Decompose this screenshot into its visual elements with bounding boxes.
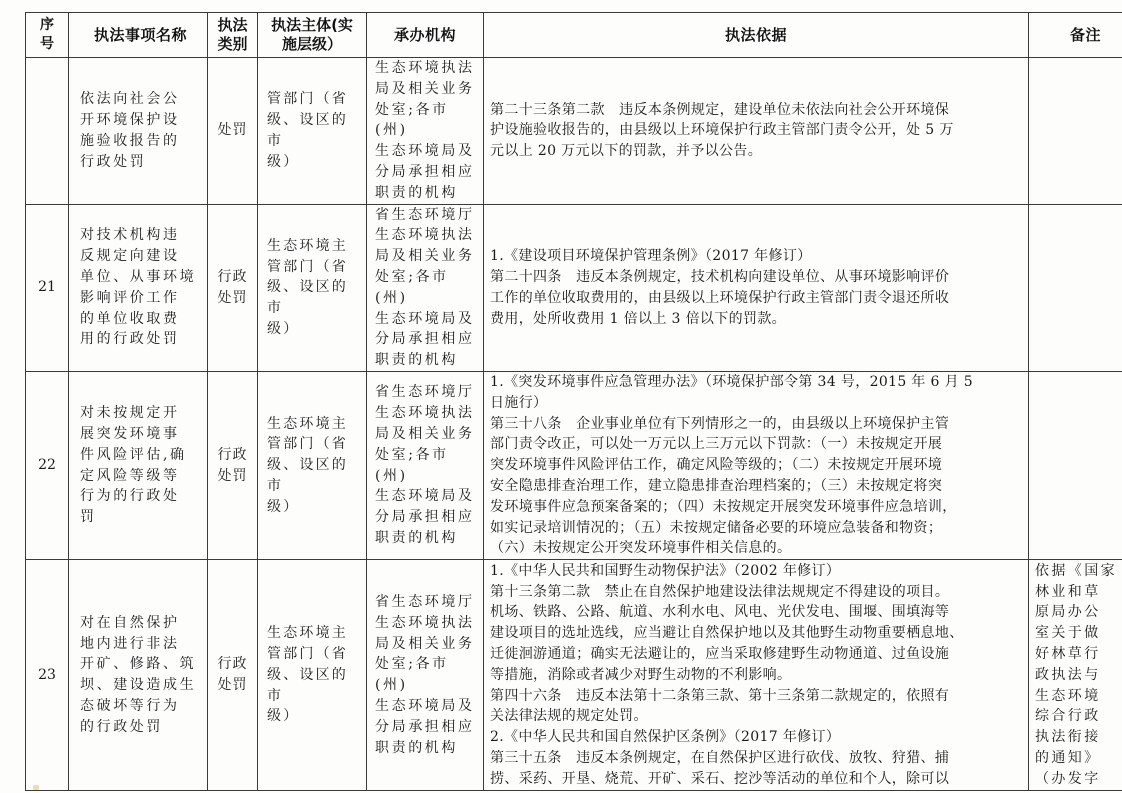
text-line: 分局承担相应 xyxy=(375,162,480,183)
text-line: 件风险评估,确 xyxy=(80,445,201,466)
text-line: 级） xyxy=(267,497,362,518)
text-line: 第十三条第二款 禁止在自然保护地建设法律法规规定不得建设的项目。 xyxy=(490,582,1022,603)
text-line: 职责的机构 xyxy=(375,183,480,204)
text-line: 发环境事件应急预案备案的；（四）未按规定开展突发环境事件应急培训， xyxy=(490,497,1022,518)
cell-serial-no: 21 xyxy=(26,204,69,371)
text-line: 1.《突发环境事件应急管理办法》（环境保护部令第 34 号，2015 年 6 月… xyxy=(490,372,1022,393)
text-line: 处室;各市(州) xyxy=(375,267,480,309)
text-line: 分局承担相应 xyxy=(375,507,480,528)
text-line: 反规定向建设 xyxy=(80,246,201,267)
text-line: 级、设区的市 xyxy=(267,110,362,152)
header-text: 执法主体(实 xyxy=(258,16,366,35)
text-line: 生态环境局及 xyxy=(375,309,480,330)
text-line: 部门责令改正，可以处一万元以上三万元以下罚款：（一）未按规定开展 xyxy=(490,434,1022,455)
cell-handling-org: 省生态环境厅 生态环境执法 局及相关业务 处室;各市(州) 生态环境局及 分局承… xyxy=(367,560,484,791)
text-line: 综合行政 xyxy=(1035,706,1122,727)
text-line: 局及相关业务 xyxy=(375,424,480,445)
text-line: 捞、采药、开垦、烧荒、开矿、采石、挖沙等活动的单位和个人，除可以 xyxy=(490,769,1022,790)
header-text: 序 xyxy=(26,16,68,35)
text-line: 机场、铁路、公路、航道、水利水电、风电、光伏发电、围堰、围填海等 xyxy=(490,602,1022,623)
text-line: 生态环境局及 xyxy=(375,486,480,507)
text-line: 生态环境局及 xyxy=(375,696,480,717)
text-line: 生态环境局及 xyxy=(375,141,480,162)
text-line: 2.《中华人民共和国自然保护区条例》（2017 年修订） xyxy=(490,727,1022,748)
text-line: 态破坏等行为 xyxy=(80,696,201,717)
header-text: 类别 xyxy=(208,35,257,54)
text-line: 费用，处所收费用 1 倍以上 3 倍以下的罚款。 xyxy=(490,309,1022,330)
header-serial-no: 序 号 xyxy=(26,13,69,58)
text-line: 职责的机构 xyxy=(375,738,480,759)
cell-remarks xyxy=(1029,204,1122,371)
cell-serial-no: 22 xyxy=(26,371,69,559)
table-row: 21 对技术机构违 反规定向建设 单位、从事环境 影响评价工作 的单位收取费 用… xyxy=(26,204,1122,371)
text-line: 迁徙洄游通道；确实无法避让的，应当采取修建野生动物通道、过鱼设施 xyxy=(490,644,1022,665)
header-enforcement-subject: 执法主体(实 施层级） xyxy=(258,13,367,58)
text-line: 管部门（省 xyxy=(267,89,362,110)
table-row: 22 对未按规定开 展突发环境事 件风险评估,确 定风险等级等 行为的行政处 罚… xyxy=(26,371,1122,559)
text-line: 开环境保护设 xyxy=(80,110,201,131)
text-line: 的单位收取费 xyxy=(80,309,201,330)
cell-remarks xyxy=(1029,58,1122,205)
text-line: 日施行） xyxy=(490,393,1022,414)
cell-legal-basis: 1.《中华人民共和国野生动物保护法》（2002 年修订） 第十三条第二款 禁止在… xyxy=(484,560,1029,791)
text-line: 生态环境主 xyxy=(267,414,362,435)
text-line: 坝、建设造成生 xyxy=(80,675,201,696)
text-line: 行政处罚 xyxy=(80,152,201,173)
table-row: 依法向社会公 开环境保护设 施验收报告的 行政处罚 处罚 管部门（省 级、设区的… xyxy=(26,58,1122,205)
cell-handling-org: 省生态环境厅 生态环境执法 局及相关业务 处室;各市(州) 生态环境局及 分局承… xyxy=(367,204,484,371)
text-line: 生态环境主 xyxy=(267,236,362,257)
text-line: 级、设区的市 xyxy=(267,665,362,707)
cell-remarks: 依据《国家 林业和草 原局办公 室关于做 好林草行 政执法与 生态环境 综合行政… xyxy=(1029,560,1122,791)
text-line: 级、设区的市 xyxy=(267,277,362,319)
cell-enforcement-subject: 生态环境主 管部门（省 级、设区的市 级） xyxy=(258,204,367,371)
text-line: 行政 xyxy=(208,654,257,675)
text-line: 影响评价工作 xyxy=(80,288,201,309)
text-line: 生态环境执法 xyxy=(375,613,480,634)
text-line: 行政 xyxy=(208,267,257,288)
text-line: 单位、从事环境 xyxy=(80,267,201,288)
text-line: 的行政处罚 xyxy=(80,717,201,738)
text-line: 政执法与 xyxy=(1035,665,1122,686)
text-line: 生态环境 xyxy=(1035,686,1122,707)
table-row: 23 对在自然保护 地内进行非法 开矿、修路、筑 坝、建设造成生 态破坏等行为 … xyxy=(26,560,1122,791)
text-line: 等措施，消除或者减少对野生动物的不利影响。 xyxy=(490,665,1022,686)
header-text: 执法 xyxy=(208,16,257,35)
text-line: 处罚 xyxy=(208,288,257,309)
scan-mark xyxy=(33,785,39,790)
text-line: 第二十四条 违反本条例规定，技术机构向建设单位、从事环境影响评价 xyxy=(490,267,1022,288)
text-line: 定风险等级等 xyxy=(80,466,201,487)
text-line: 突发环境事件风险评估工作，确定风险等级的；（二）未按规定开展环境 xyxy=(490,455,1022,476)
text-line: 建设项目的选址选线，应当避让自然保护地以及其他野生动物重要栖息地、 xyxy=(490,623,1022,644)
text-line: 生态环境主 xyxy=(267,623,362,644)
text-line: 局及相关业务 xyxy=(375,634,480,655)
text-line: 局及相关业务 xyxy=(375,79,480,100)
text-line: 处室;各市(州) xyxy=(375,654,480,696)
cell-legal-basis: 1.《建设项目环境保护管理条例》（2017 年修订） 第二十四条 违反本条例规定… xyxy=(484,204,1029,371)
text-line: 级） xyxy=(267,152,362,173)
cell-item-name: 对未按规定开 展突发环境事 件风险评估,确 定风险等级等 行为的行政处 罚 xyxy=(69,371,208,559)
text-line: 林业和草 xyxy=(1035,582,1122,603)
text-line: 省生态环境厅 xyxy=(375,205,480,226)
header-handling-org: 承办机构 xyxy=(367,13,484,58)
cell-item-name: 对在自然保护 地内进行非法 开矿、修路、筑 坝、建设造成生 态破坏等行为 的行政… xyxy=(69,560,208,791)
text-line: 执法衔接 xyxy=(1035,727,1122,748)
text-line: 关法律法规的规定处罚。 xyxy=(490,706,1022,727)
cell-item-name: 依法向社会公 开环境保护设 施验收报告的 行政处罚 xyxy=(69,58,208,205)
text-line: 分局承担相应 xyxy=(375,329,480,350)
text-line: 行为的行政处 xyxy=(80,486,201,507)
text-line: （办发字 xyxy=(1035,769,1122,790)
cell-remarks xyxy=(1029,371,1122,559)
text-line: 职责的机构 xyxy=(375,528,480,549)
text-line: 1.《建设项目环境保护管理条例》（2017 年修订） xyxy=(490,246,1022,267)
header-enforcement-type: 执法 类别 xyxy=(208,13,258,58)
text-line: 依据《国家 xyxy=(1035,561,1122,582)
cell-item-name: 对技术机构违 反规定向建设 单位、从事环境 影响评价工作 的单位收取费 用的行政… xyxy=(69,204,208,371)
text-line: 如实记录培训情况的；（五）未按规定储备必要的环境应急装备和物资； xyxy=(490,518,1022,539)
text-line: 省生态环境厅 xyxy=(375,382,480,403)
text-line: 级、设区的市 xyxy=(267,455,362,497)
text-line: 第三十五条 违反本条例规定，在自然保护区进行砍伐、放牧、狩猎、捕 xyxy=(490,748,1022,769)
text-line: 生态环境执法 xyxy=(375,403,480,424)
text-line: 施验收报告的 xyxy=(80,131,201,152)
text-line: 第二十三条第二款 违反本条例规定，建设单位未依法向社会公开环境保 xyxy=(490,100,1022,121)
text-line: 局及相关业务 xyxy=(375,246,480,267)
text-line: 生态环境执法 xyxy=(375,225,480,246)
text-line: 生态环境执法 xyxy=(375,58,480,79)
text-line: 管部门（省 xyxy=(267,434,362,455)
cell-enforcement-subject: 生态环境主 管部门（省 级、设区的市 级） xyxy=(258,560,367,791)
header-remarks: 备注 xyxy=(1029,13,1122,58)
cell-serial-no: 23 xyxy=(26,560,69,791)
cell-enforcement-type: 行政 处罚 xyxy=(208,204,258,371)
enforcement-items-table: 序 号 执法事项名称 执法 类别 执法主体(实 施层级） 承办机构 执法依据 备… xyxy=(25,12,1122,791)
text-line: （六）未按规定公开突发环境事件相关信息的。 xyxy=(490,538,1022,559)
text-line: 对技术机构违 xyxy=(80,225,201,246)
text-line: 罚 xyxy=(80,507,201,528)
text-line: 分局承担相应 xyxy=(375,717,480,738)
header-text: 号 xyxy=(26,35,68,54)
document-page: 序 号 执法事项名称 执法 类别 执法主体(实 施层级） 承办机构 执法依据 备… xyxy=(0,0,1122,793)
text-line: 元以上 20 万元以下的罚款，并予以公告。 xyxy=(490,141,1022,162)
text-line: 职责的机构 xyxy=(375,350,480,371)
text-line: 地内进行非法 xyxy=(80,634,201,655)
text-line: 工作的单位收取费用的，由县级以上环境保护行政主管部门责令退还所收 xyxy=(490,288,1022,309)
cell-enforcement-type: 处罚 xyxy=(208,58,258,205)
text-line: 安全隐患排查治理工作，建立隐患排查治理档案的；（三）未按规定将突 xyxy=(490,476,1022,497)
text-line: 展突发环境事 xyxy=(80,424,201,445)
cell-enforcement-subject: 管部门（省 级、设区的市 级） xyxy=(258,58,367,205)
cell-serial-no xyxy=(26,58,69,205)
text-line: 行政 xyxy=(208,445,257,466)
text-line: 管部门（省 xyxy=(267,257,362,278)
text-line: 1.《中华人民共和国野生动物保护法》（2002 年修订） xyxy=(490,561,1022,582)
text-line: 护设施验收报告的，由县级以上环境保护行政主管部门责令公开，处 5 万 xyxy=(490,120,1022,141)
cell-handling-org: 生态环境执法 局及相关业务 处室;各市(州) 生态环境局及 分局承担相应 职责的… xyxy=(367,58,484,205)
text-line: 开矿、修路、筑 xyxy=(80,654,201,675)
header-legal-basis: 执法依据 xyxy=(484,13,1029,58)
text-line: 处罚 xyxy=(208,466,257,487)
text-line: 级） xyxy=(267,706,362,727)
text-line: 第三十八条 企业事业单位有下列情形之一的，由县级以上环境保护主管 xyxy=(490,414,1022,435)
cell-enforcement-type: 行政 处罚 xyxy=(208,560,258,791)
header-text: 施层级） xyxy=(258,35,366,54)
text-line: 处室;各市(州) xyxy=(375,445,480,487)
text-line: 对未按规定开 xyxy=(80,403,201,424)
text-line: 对在自然保护 xyxy=(80,613,201,634)
text-line: 好林草行 xyxy=(1035,644,1122,665)
table-header-row: 序 号 执法事项名称 执法 类别 执法主体(实 施层级） 承办机构 执法依据 备… xyxy=(26,13,1122,58)
cell-enforcement-subject: 生态环境主 管部门（省 级、设区的市 级） xyxy=(258,371,367,559)
text-line: 管部门（省 xyxy=(267,644,362,665)
text-line: 处罚 xyxy=(208,120,257,141)
cell-handling-org: 省生态环境厅 生态环境执法 局及相关业务 处室;各市(州) 生态环境局及 分局承… xyxy=(367,371,484,559)
text-line: 依法向社会公 xyxy=(80,89,201,110)
text-line: 原局办公 xyxy=(1035,602,1122,623)
cell-legal-basis: 第二十三条第二款 违反本条例规定，建设单位未依法向社会公开环境保 护设施验收报告… xyxy=(484,58,1029,205)
header-item-name: 执法事项名称 xyxy=(69,13,208,58)
text-line: 室关于做 xyxy=(1035,623,1122,644)
text-line: 级） xyxy=(267,319,362,340)
text-line: 用的行政处罚 xyxy=(80,329,201,350)
cell-legal-basis: 1.《突发环境事件应急管理办法》（环境保护部令第 34 号，2015 年 6 月… xyxy=(484,371,1029,559)
text-line: 处罚 xyxy=(208,675,257,696)
text-line: 第四十六条 违反本法第十二条第三款、第十三条第二款规定的，依照有 xyxy=(490,686,1022,707)
text-line: 处室;各市(州) xyxy=(375,100,480,142)
text-line: 省生态环境厅 xyxy=(375,592,480,613)
text-line: 的通知》 xyxy=(1035,748,1122,769)
cell-enforcement-type: 行政 处罚 xyxy=(208,371,258,559)
